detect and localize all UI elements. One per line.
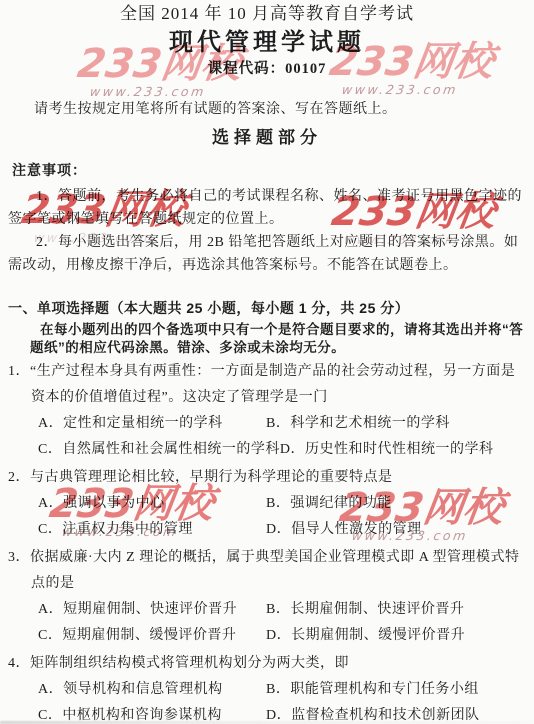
options: A．定性和定量相统一的学科 B．科学和艺术相统一的学科 C．自然属性和社会属性相… xyxy=(38,411,526,463)
option-text: 倡导人性激发的管理 xyxy=(291,522,422,537)
question-4: 4．矩阵制组织结构模式将管理机构划分为两大类，即 A．领导机构和信息管理机构 B… xyxy=(8,651,526,724)
question-3: 3．依据威廉·大内 Z 理论的概括，属于典型美国企业管理模式即 A 型管理模式特… xyxy=(8,545,526,649)
options: A．领导机构和信息管理机构 B．职能管理机构和专门任务小组 C．中枢机构和咨询参… xyxy=(38,677,526,724)
exam-paper-page: 全国 2014 年 10 月高等教育自学考试 现代管理学试题 课程代码：0010… xyxy=(0,0,534,724)
option-text: 领导机构和信息管理机构 xyxy=(63,682,223,697)
option-row: C．短期雇佣制、缓慢评价晋升 D．长期雇佣制、缓慢评价晋升 xyxy=(38,623,526,649)
question-stem: 3．依据威廉·大内 Z 理论的概括，属于典型美国企业管理模式即 A 型管理模式特… xyxy=(8,545,526,597)
option-c: C．自然属性和社会属性相统一的学科 xyxy=(38,437,280,463)
option-text: 历史性和时代性相统一的学科 xyxy=(305,442,494,457)
option-label: A． xyxy=(38,677,63,703)
course-code: 课程代码：00107 xyxy=(8,60,526,78)
question-stem: 1．“生产过程本身具有两重性：一方面是制造产品的社会劳动过程，另一方面是资本的价… xyxy=(8,359,526,411)
option-text: 短期雇佣制、缓慢评价晋升 xyxy=(62,628,236,643)
option-text: 短期雇佣制、快速评价晋升 xyxy=(63,602,237,617)
option-text: 强调纪律的功能 xyxy=(290,496,392,511)
option-d: D．长期雇佣制、缓慢评价晋升 xyxy=(266,623,526,649)
question-stem: 2．与古典管理理论相比较，早期行为科学理论的重要特点是 xyxy=(8,465,526,491)
option-label: C． xyxy=(38,437,62,463)
options: A．短期雇佣制、快速评价晋升 B．长期雇佣制、快速评价晋升 C．短期雇佣制、缓慢… xyxy=(38,597,526,649)
question-1: 1．“生产过程本身具有两重性：一方面是制造产品的社会劳动过程，另一方面是资本的价… xyxy=(8,359,526,463)
question-number: 1． xyxy=(8,364,30,379)
options: A．强调以事为中心 B．强调纪律的功能 C．注重权力集中的管理 D．倡导人性激发… xyxy=(38,491,526,543)
option-row: A．领导机构和信息管理机构 B．职能管理机构和专门任务小组 xyxy=(38,677,526,703)
option-b: B．长期雇佣制、快速评价晋升 xyxy=(266,597,526,623)
question-2: 2．与古典管理理论相比较，早期行为科学理论的重要特点是 A．强调以事为中心 B．… xyxy=(8,465,526,543)
option-text: 自然属性和社会属性相统一的学科 xyxy=(62,442,280,457)
option-text: 注重权力集中的管理 xyxy=(62,522,193,537)
option-a: A．领导机构和信息管理机构 xyxy=(38,677,266,703)
option-c: C．短期雇佣制、缓慢评价晋升 xyxy=(38,623,266,649)
question-number: 3． xyxy=(8,550,30,565)
question-text: 与古典管理理论相比较，早期行为科学理论的重要特点是 xyxy=(30,470,393,485)
exam-content: 全国 2014 年 10 月高等教育自学考试 现代管理学试题 课程代码：0010… xyxy=(0,0,534,724)
option-text: 长期雇佣制、快速评价晋升 xyxy=(290,602,464,617)
question-text: 依据威廉·大内 Z 理论的概括，属于典型美国企业管理模式即 A 型管理模式特点的… xyxy=(30,550,520,591)
option-label: D． xyxy=(266,517,291,543)
notes-heading: 注意事项： xyxy=(12,164,526,180)
option-label: B． xyxy=(266,411,290,437)
option-label: D． xyxy=(280,437,305,463)
question-stem: 4．矩阵制组织结构模式将管理机构划分为两大类，即 xyxy=(8,651,526,677)
option-label: B． xyxy=(266,677,290,703)
option-row: A．强调以事为中心 B．强调纪律的功能 xyxy=(38,491,526,517)
question-number: 2． xyxy=(8,470,30,485)
answer-sheet-instruction: 请考生按规定用笔将所有试题的答案涂、写在答题纸上。 xyxy=(8,102,526,118)
option-c: C．注重权力集中的管理 xyxy=(38,517,266,543)
option-label: B． xyxy=(266,491,290,517)
option-a: A．定性和定量相统一的学科 xyxy=(38,411,266,437)
option-label: B． xyxy=(266,597,290,623)
option-text: 长期雇佣制、缓慢评价晋升 xyxy=(291,628,465,643)
option-text: 职能管理机构和专门任务小组 xyxy=(290,682,479,697)
option-row: C．自然属性和社会属性相统一的学科 D．历史性和时代性相统一的学科 xyxy=(38,437,526,463)
part1-subheading: 在每小题列出的四个备选项中只有一个是符合题目要求的，请将其选出并将“答题纸”的相… xyxy=(8,321,526,357)
option-text: 强调以事为中心 xyxy=(63,496,165,511)
note-item-1: 1．答题前，考生务必将自己的考试课程名称、姓名、准考证号用黑色字迹的签字笔或钢笔… xyxy=(8,186,526,231)
section-heading: 选择题部分 xyxy=(8,128,526,148)
option-label: A． xyxy=(38,597,63,623)
option-b: B．科学和艺术相统一的学科 xyxy=(266,411,526,437)
option-row: A．定性和定量相统一的学科 B．科学和艺术相统一的学科 xyxy=(38,411,526,437)
option-label: D． xyxy=(266,623,291,649)
question-number: 4． xyxy=(8,656,30,671)
option-label: A． xyxy=(38,491,63,517)
option-label: C． xyxy=(38,517,62,543)
question-text: 矩阵制组织结构模式将管理机构划分为两大类，即 xyxy=(30,656,349,671)
option-b: B．强调纪律的功能 xyxy=(266,491,526,517)
option-d: D．倡导人性激发的管理 xyxy=(266,517,526,543)
option-row: C．注重权力集中的管理 D．倡导人性激发的管理 xyxy=(38,517,526,543)
option-label: C． xyxy=(38,623,62,649)
option-a: A．短期雇佣制、快速评价晋升 xyxy=(38,597,266,623)
option-label: A． xyxy=(38,411,63,437)
option-row: A．短期雇佣制、快速评价晋升 B．长期雇佣制、快速评价晋升 xyxy=(38,597,526,623)
exam-session-line: 全国 2014 年 10 月高等教育自学考试 xyxy=(8,4,526,24)
paper-title: 现代管理学试题 xyxy=(8,28,526,58)
option-text: 科学和艺术相统一的学科 xyxy=(290,416,450,431)
option-b: B．职能管理机构和专门任务小组 xyxy=(266,677,526,703)
note-item-2: 2．每小题选出答案后，用 2B 铅笔把答题纸上对应题目的答案标号涂黑。如需改动，… xyxy=(8,232,526,277)
question-text: “生产过程本身具有两重性：一方面是制造产品的社会劳动过程，另一方面是资本的价值增… xyxy=(30,364,515,405)
part1-heading: 一、单项选择题（本大题共 25 小题，每小题 1 分，共 25 分） xyxy=(8,295,526,321)
option-a: A．强调以事为中心 xyxy=(38,491,266,517)
option-text: 定性和定量相统一的学科 xyxy=(63,416,223,431)
option-d: D．历史性和时代性相统一的学科 xyxy=(280,437,526,463)
